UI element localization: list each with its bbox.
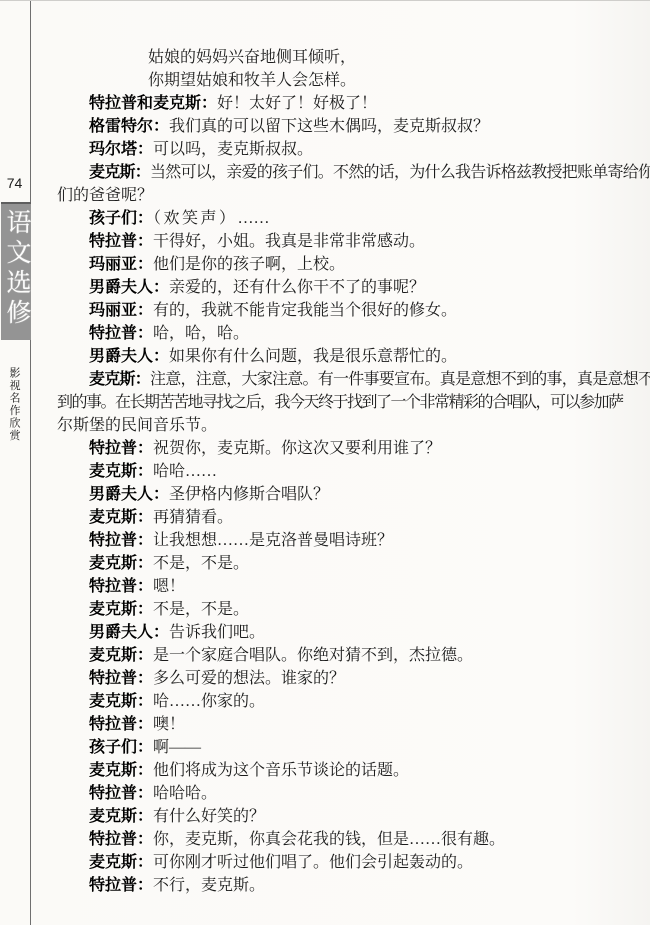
line-text: 们的爸爸呢？	[57, 187, 153, 204]
script-line: 麦克斯：哈……你家的。	[57, 690, 623, 713]
line-text: 尔斯堡的民间音乐节。	[57, 417, 217, 434]
speaker-name: 特拉普：	[89, 578, 153, 595]
script-line: 玛尔塔：可以吗，麦克斯叔叔。	[57, 138, 623, 161]
speaker-name: 特拉普：	[89, 440, 153, 457]
script-line: 男爵夫人：告诉我们吧。	[57, 621, 623, 644]
speaker-name: 特拉普：	[89, 532, 153, 549]
speaker-name: 玛丽亚：	[89, 256, 153, 273]
speaker-name: 特拉普：	[89, 325, 153, 342]
script-text: 姑娘的妈妈兴奋地侧耳倾听，你期望姑娘和牧羊人会怎样。特拉普和麦克斯：好！太好了！…	[57, 46, 623, 897]
speaker-name: 男爵夫人：	[89, 624, 169, 641]
line-text: 亲爱的，还有什么你干不了的事呢？	[169, 279, 425, 296]
line-text: 多么可爱的想法。谁家的？	[153, 670, 345, 687]
speaker-name: 特拉普：	[89, 831, 153, 848]
speaker-name: 孩子们：	[89, 210, 153, 227]
speaker-name: 玛丽亚：	[89, 302, 153, 319]
speaker-name: 特拉普：	[89, 785, 153, 802]
speaker-name: 男爵夫人：	[89, 486, 169, 503]
speaker-name: 特拉普：	[89, 670, 153, 687]
speaker-name: 麦克斯：	[89, 509, 153, 526]
speaker-name: 麦克斯：	[89, 463, 153, 480]
line-text: 再猜猜看。	[153, 509, 233, 526]
line-text: 有的，我就不能肯定我能当个很好的修女。	[153, 302, 457, 319]
speaker-name: 男爵夫人：	[89, 279, 169, 296]
speaker-name: 男爵夫人：	[89, 348, 169, 365]
script-line: 麦克斯：有什么好笑的？	[57, 805, 623, 828]
line-text: 祝贺你，麦克斯。你这次又要利用谁了？	[153, 440, 441, 457]
script-line: 特拉普：祝贺你，麦克斯。你这次又要利用谁了？	[57, 437, 623, 460]
line-text: 你，麦克斯，你真会花我的钱，但是……很有趣。	[153, 831, 505, 848]
speaker-name: 麦克斯：	[89, 854, 153, 871]
line-text: 哈，哈，哈。	[153, 325, 249, 342]
script-line: 到的事。在长期苦苦地寻找之后，我今天终于找到了一个非常精彩的合唱队，可以参加萨	[57, 391, 623, 414]
script-line: 特拉普：哈，哈，哈。	[57, 322, 623, 345]
line-text: 你期望姑娘和牧羊人会怎样。	[148, 72, 356, 89]
script-line: 玛丽亚：他们是你的孩子啊，上校。	[57, 253, 623, 276]
script-line: 尔斯堡的民间音乐节。	[57, 414, 623, 437]
script-line: 麦克斯：是一个家庭合唱队。你绝对猜不到，杰拉德。	[57, 644, 623, 667]
page-number: 74	[0, 175, 29, 191]
line-text: 哈哈……	[153, 463, 217, 480]
script-line: 特拉普：哈哈哈。	[57, 782, 623, 805]
line-text: 圣伊格内修斯合唱队？	[169, 486, 329, 503]
line-text: 让我想想……是克洛普曼唱诗班？	[153, 532, 393, 549]
speaker-name: 麦克斯：	[89, 808, 153, 825]
script-line: 特拉普和麦克斯：好！太好了！好极了！	[57, 92, 623, 115]
lyric-line: 你期望姑娘和牧羊人会怎样。	[57, 69, 623, 92]
script-line: 特拉普：你，麦克斯，你真会花我的钱，但是……很有趣。	[57, 828, 623, 851]
script-line: 麦克斯：不是，不是。	[57, 552, 623, 575]
script-line: 们的爸爸呢？	[57, 184, 623, 207]
speaker-name: 玛尔塔：	[89, 141, 153, 158]
line-text: 他们是你的孩子啊，上校。	[153, 256, 345, 273]
line-text: 如果你有什么问题，我是很乐意帮忙的。	[169, 348, 457, 365]
script-line: 特拉普：不行，麦克斯。	[57, 874, 623, 897]
line-text: 当然可以，亲爱的孩子们。不然的话，为什么我告诉格兹教授把账单寄给你	[150, 164, 650, 181]
script-line: 男爵夫人：亲爱的，还有什么你干不了的事呢？	[57, 276, 623, 299]
script-line: 麦克斯：他们将成为这个音乐节谈论的话题。	[57, 759, 623, 782]
speaker-name: 麦克斯：	[89, 762, 153, 779]
line-text: 我们真的可以留下这些木偶吗，麦克斯叔叔？	[169, 118, 489, 135]
line-text: 哈……你家的。	[153, 693, 265, 710]
book-subtitle-vertical: 影视名作欣赏	[6, 367, 22, 442]
line-text: 可以吗，麦克斯叔叔。	[153, 141, 313, 158]
book-page: 74 语文选修 影视名作欣赏 姑娘的妈妈兴奋地侧耳倾听，你期望姑娘和牧羊人会怎样…	[0, 0, 650, 925]
script-line: 玛丽亚：有的，我就不能肯定我能当个很好的修女。	[57, 299, 623, 322]
script-line: 麦克斯：不是，不是。	[57, 598, 623, 621]
script-line: 男爵夫人：圣伊格内修斯合唱队？	[57, 483, 623, 506]
script-line: 特拉普：噢！	[57, 713, 623, 736]
speaker-name: 特拉普：	[89, 233, 153, 250]
speaker-name: 特拉普：	[89, 716, 153, 733]
speaker-name: 特拉普：	[89, 877, 153, 894]
speaker-name: 麦克斯：	[89, 371, 150, 388]
script-line: 麦克斯：哈哈……	[57, 460, 623, 483]
script-line: 麦克斯：再猜猜看。	[57, 506, 623, 529]
series-title-vertical: 语文选修	[1, 209, 31, 329]
line-text: 不是，不是。	[153, 601, 249, 618]
line-text: 干得好，小姐。我真是非常非常感动。	[153, 233, 425, 250]
script-line: 特拉普：嗯！	[57, 575, 623, 598]
speaker-name: 麦克斯：	[89, 555, 153, 572]
script-line: 麦克斯：当然可以，亲爱的孩子们。不然的话，为什么我告诉格兹教授把账单寄给你	[57, 161, 623, 184]
stage-direction: （欢笑声）	[153, 210, 238, 227]
script-line: 孩子们：（欢笑声）……	[57, 207, 623, 230]
speaker-name: 特拉普和麦克斯：	[89, 95, 217, 112]
margin-rule	[30, 1, 31, 925]
line-text: 到的事。在长期苦苦地寻找之后，我今天终于找到了一个非常精彩的合唱队，可以参加萨	[57, 394, 623, 411]
speaker-name: 格雷特尔：	[89, 118, 169, 135]
speaker-name: 麦克斯：	[89, 601, 153, 618]
speaker-name: 麦克斯：	[89, 164, 150, 181]
line-text: 不行，麦克斯。	[153, 877, 265, 894]
script-line: 男爵夫人：如果你有什么问题，我是很乐意帮忙的。	[57, 345, 623, 368]
line-text: 告诉我们吧。	[169, 624, 265, 641]
speaker-name: 麦克斯：	[89, 693, 153, 710]
line-text: 是一个家庭合唱队。你绝对猜不到，杰拉德。	[153, 647, 473, 664]
series-title-block: 语文选修	[1, 202, 31, 340]
speaker-name: 孩子们：	[89, 739, 153, 756]
line-text: 他们将成为这个音乐节谈论的话题。	[153, 762, 409, 779]
line-text: 姑娘的妈妈兴奋地侧耳倾听，	[148, 49, 356, 66]
line-text: 可你刚才听过他们唱了。他们会引起轰动的。	[153, 854, 473, 871]
line-text: 哈哈哈。	[153, 785, 217, 802]
line-text: 啊——	[153, 739, 201, 756]
line-text: 好！太好了！好极了！	[217, 95, 377, 112]
line-text: 有什么好笑的？	[153, 808, 265, 825]
line-text: 噢！	[153, 716, 185, 733]
speaker-name: 麦克斯：	[89, 647, 153, 664]
script-line: 特拉普：多么可爱的想法。谁家的？	[57, 667, 623, 690]
lyric-line: 姑娘的妈妈兴奋地侧耳倾听，	[57, 46, 623, 69]
line-text: 注意，注意，大家注意。有一件事要宣布。真是意想不到的事，真是意想不	[150, 371, 650, 388]
script-line: 特拉普：干得好，小姐。我真是非常非常感动。	[57, 230, 623, 253]
line-text: ……	[238, 210, 270, 227]
script-line: 特拉普：让我想想……是克洛普曼唱诗班？	[57, 529, 623, 552]
line-text: 嗯！	[153, 578, 185, 595]
line-text: 不是，不是。	[153, 555, 249, 572]
script-line: 麦克斯：可你刚才听过他们唱了。他们会引起轰动的。	[57, 851, 623, 874]
script-line: 孩子们：啊——	[57, 736, 623, 759]
script-line: 麦克斯：注意，注意，大家注意。有一件事要宣布。真是意想不到的事，真是意想不	[57, 368, 623, 391]
script-line: 格雷特尔：我们真的可以留下这些木偶吗，麦克斯叔叔？	[57, 115, 623, 138]
